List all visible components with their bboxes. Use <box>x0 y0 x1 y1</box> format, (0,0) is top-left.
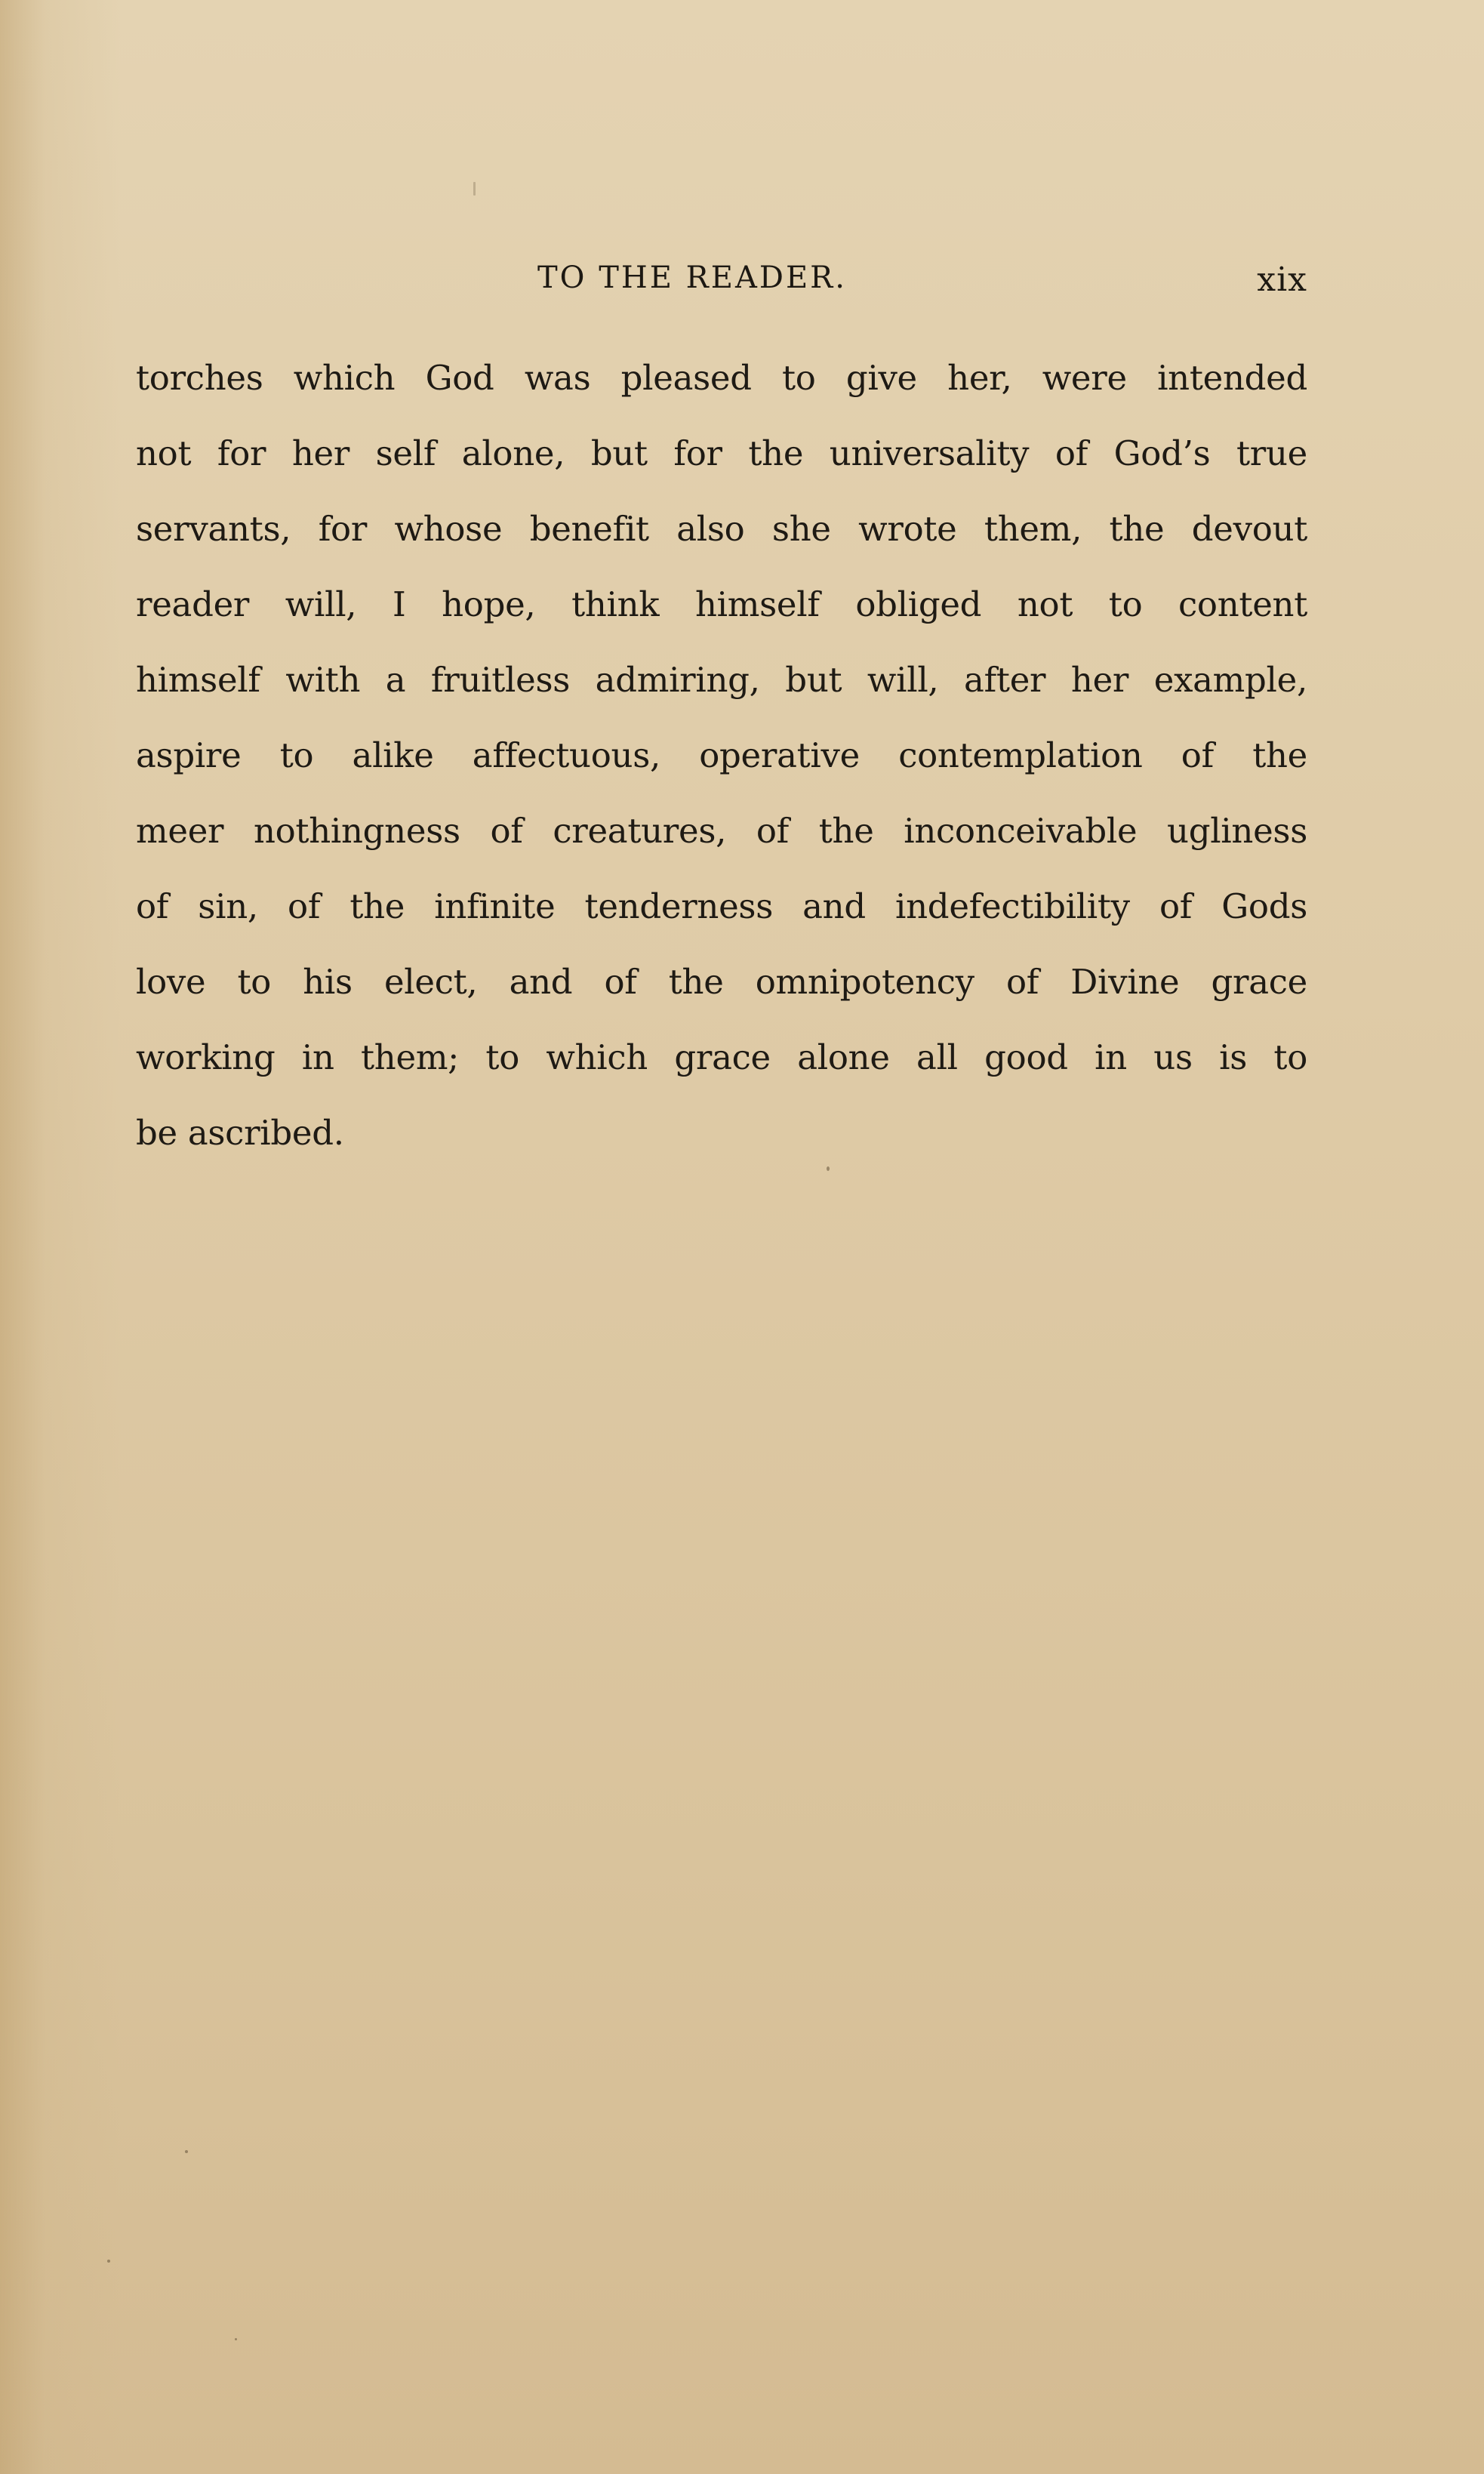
text-line: torches which God was pleased to give he… <box>136 349 1307 424</box>
book-page: TO THE READER. xix torches which God was… <box>0 0 1484 2474</box>
body-text: torches which God was pleased to give he… <box>136 349 1307 1179</box>
paper-speck <box>235 2338 237 2340</box>
text-line: aspire to alike affectuous, operative co… <box>136 726 1307 802</box>
text-line: working in them; to which grace alone al… <box>136 1028 1307 1104</box>
text-line: of sin, of the infinite tenderness and i… <box>136 877 1307 953</box>
paper-speck <box>185 2150 188 2153</box>
paper-speck <box>473 182 476 196</box>
paper-speck <box>827 1166 830 1171</box>
page-number: xix <box>1257 260 1307 299</box>
text-line: be ascribed. <box>136 1104 1307 1179</box>
text-line: reader will, I hope, think himself oblig… <box>136 575 1307 651</box>
text-line: servants, for whose benefit also she wro… <box>136 500 1307 575</box>
text-line: not for her self alone, but for the univ… <box>136 424 1307 500</box>
running-head: TO THE READER. xix <box>136 260 1307 306</box>
text-line: meer nothingness of creatures, of the in… <box>136 802 1307 877</box>
paper-speck <box>107 2260 110 2263</box>
running-title: TO THE READER. <box>537 260 847 295</box>
text-line: love to his elect, and of the omnipotenc… <box>136 953 1307 1028</box>
text-line: himself with a fruitless admiring, but w… <box>136 651 1307 726</box>
